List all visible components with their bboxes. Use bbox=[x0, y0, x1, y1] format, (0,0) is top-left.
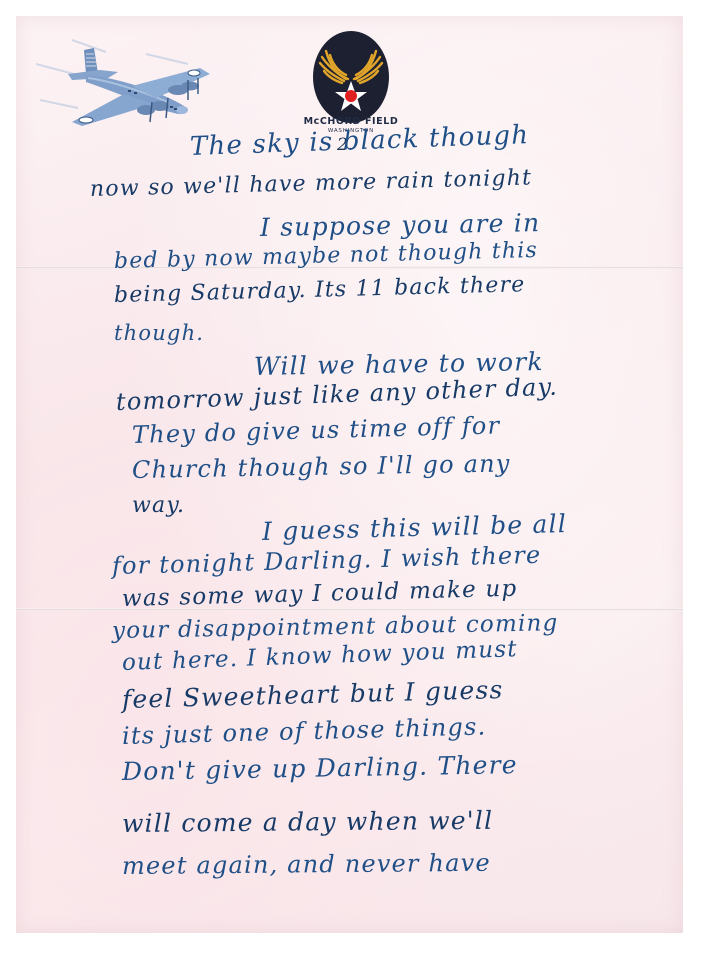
handwritten-line: its just one of those things. bbox=[122, 712, 487, 750]
handwritten-line: being Saturday. Its 11 back there bbox=[114, 272, 526, 308]
handwritten-line: Don't give up Darling. There bbox=[122, 750, 518, 786]
handwritten-line: They do give us time off for bbox=[132, 411, 501, 449]
fold-crease bbox=[16, 608, 683, 611]
handwritten-line: meet again, and never have bbox=[122, 848, 491, 879]
handwritten-line: The sky is black though bbox=[189, 121, 529, 163]
handwritten-line: for tonight Darling. I wish there bbox=[112, 540, 542, 579]
handwritten-line: will come a day when we'll bbox=[122, 806, 494, 838]
handwritten-line: way. bbox=[132, 493, 185, 518]
handwritten-line: Church though so I'll go any bbox=[132, 449, 511, 484]
handwritten-line: was some way I could make up bbox=[122, 576, 518, 612]
b17-bomber-icon bbox=[28, 34, 228, 126]
handwritten-line: now so we'll have more rain tonight bbox=[90, 165, 533, 202]
handwritten-line: I suppose you are in bbox=[260, 208, 541, 242]
handwritten-line: though. bbox=[114, 321, 204, 345]
handwritten-line: feel Sweetheart but I guess bbox=[122, 675, 504, 714]
army-air-forces-insignia-icon bbox=[310, 29, 392, 125]
letter-paper: McCHORD FIELD WASHINGTON 2. The sky is b… bbox=[16, 16, 683, 933]
